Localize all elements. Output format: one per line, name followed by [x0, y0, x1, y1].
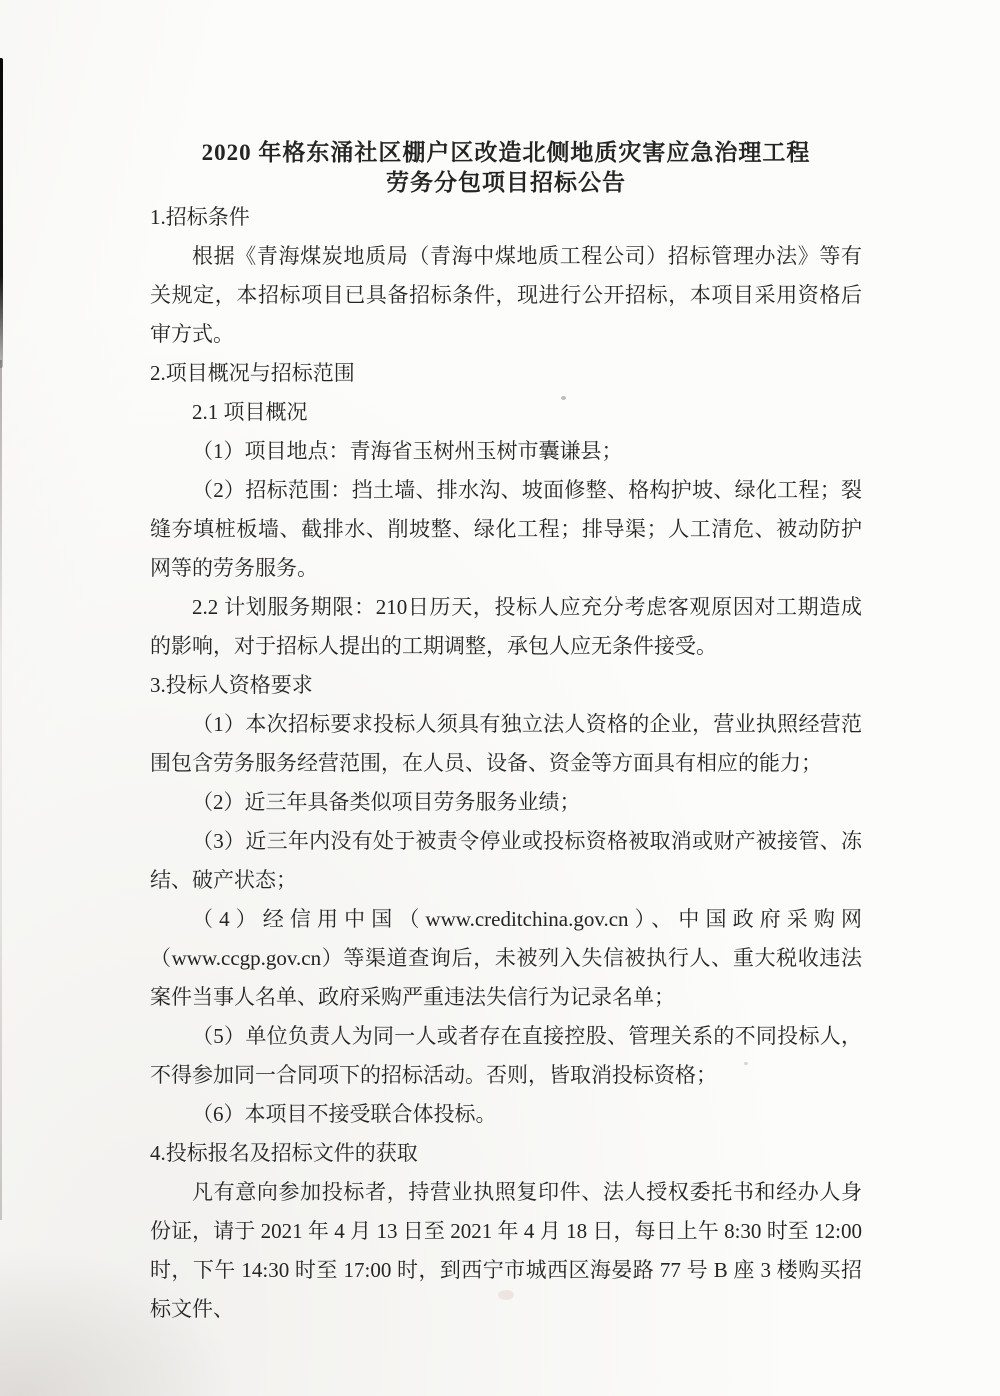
paragraph-service-period-2-2: 2.2 计划服务期限：210日历天，投标人应充分考虑客观原因对工期造成的影响，对…: [150, 588, 862, 666]
section-heading-2: 2.项目概况与招标范围: [150, 354, 862, 393]
subsection-heading-2-1: 2.1 项目概况: [150, 393, 862, 432]
scan-artifact-left-edge-streak: [0, 360, 2, 1220]
paragraph-bid-basis: 根据《青海煤炭地质局（青海中煤地质工程公司）招标管理办法》等有关规定，本招标项目…: [150, 237, 862, 354]
section-heading-1: 1.招标条件: [150, 198, 862, 237]
item-bid-scope: （2）招标范围：挡土墙、排水沟、坡面修整、格构护坡、绿化工程；裂缝夯填桩板墙、截…: [150, 471, 862, 588]
section-heading-3: 3.投标人资格要求: [150, 666, 862, 705]
document-title-line-2: 劳务分包项目招标公告: [150, 168, 862, 198]
item-qualification-6: （6）本项目不接受联合体投标。: [150, 1095, 862, 1134]
paragraph-registration-info: 凡有意向参加投标者，持营业执照复印件、法人授权委托书和经办人身份证，请于 202…: [150, 1173, 862, 1329]
scanned-document-page: 2020 年格东涌社区棚户区改造北侧地质灾害应急治理工程 劳务分包项目招标公告 …: [0, 0, 1000, 1396]
item-project-location: （1）项目地点：青海省玉树州玉树市囊谦县；: [150, 432, 862, 471]
document-content: 2020 年格东涌社区棚户区改造北侧地质灾害应急治理工程 劳务分包项目招标公告 …: [150, 138, 862, 1329]
item-qualification-2: （2）近三年具备类似项目劳务服务业绩；: [150, 783, 862, 822]
item-qualification-3: （3）近三年内没有处于被责令停业或投标资格被取消或财产被接管、冻结、破产状态；: [150, 822, 862, 900]
document-title-line-1: 2020 年格东涌社区棚户区改造北侧地质灾害应急治理工程: [150, 138, 862, 168]
scan-artifact-left-edge-line: [0, 58, 3, 368]
section-heading-4: 4.投标报名及招标文件的获取: [150, 1134, 862, 1173]
item-qualification-5: （5）单位负责人为同一人或者存在直接控股、管理关系的不同投标人，不得参加同一合同…: [150, 1017, 862, 1095]
item-qualification-4: （4）经信用中国（www.creditchina.gov.cn）、中国政府采购网…: [150, 900, 862, 1017]
item-qualification-1: （1）本次招标要求投标人须具有独立法人资格的企业，营业执照经营范围包含劳务服务经…: [150, 705, 862, 783]
